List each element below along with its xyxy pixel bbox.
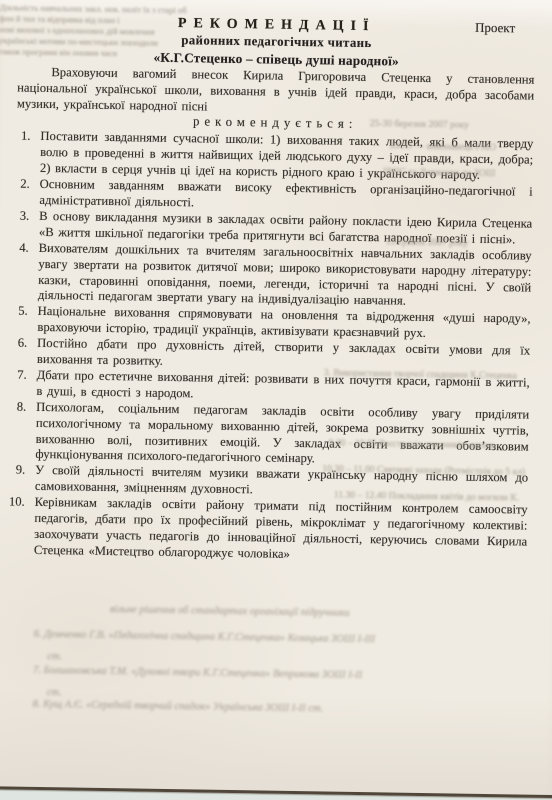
- item-number: 8.: [17, 399, 27, 415]
- scanned-document-page: Діяльність навчальних закл. нов. політ ї…: [0, 0, 552, 800]
- item-number: 1.: [21, 129, 31, 145]
- item-text: Психологам, соціальним педагогам закладі…: [35, 400, 529, 466]
- item-text: Вихователям дошкільних та вчителям загал…: [38, 241, 532, 308]
- item-text: Керівникам закладів освіти району тримат…: [34, 495, 528, 561]
- item-number: 7.: [17, 368, 27, 384]
- recommendation-item: 4. Вихователям дошкільних та вчителям за…: [14, 240, 532, 312]
- bleedthrough-fragment: вільне рішення об стандартах організації…: [110, 602, 350, 622]
- project-label: Проект: [475, 20, 515, 37]
- recommendation-item: 8. Психологам, соціальним педагогам закл…: [11, 399, 529, 471]
- recommendation-item: 10. Керівникам закладів освіти району тр…: [10, 495, 528, 567]
- recommendation-item: 1. Поставити завданнями сучасної школи: …: [16, 129, 534, 185]
- item-number: 5.: [18, 304, 28, 320]
- bleedthrough-fragment: 6. Демченко Г.В. «Педагогічна спадщина К…: [34, 627, 376, 648]
- item-number: 3.: [20, 208, 30, 224]
- intro-paragraph: Враховуючи вагомий внесок Кирила Григоро…: [17, 64, 535, 120]
- bleedthrough-fragment: ст.: [47, 685, 62, 701]
- bleedthrough-fragment: 8. Кущ А.Є. «Середній творчий спадок» Ук…: [32, 697, 323, 717]
- item-number: 10.: [9, 495, 25, 511]
- document-content: Діяльність навчальних закл. нов. політ ї…: [0, 0, 552, 793]
- item-number: 9.: [16, 463, 26, 479]
- item-text: В основу викладання музики в закладах ос…: [39, 209, 532, 246]
- item-number: 6.: [18, 336, 28, 352]
- recommendations-list: 1. Поставити завданнями сучасної школи: …: [10, 129, 534, 567]
- bleedthrough-fragment: ст.: [47, 649, 62, 665]
- item-number: 4.: [19, 240, 29, 256]
- item-text: Поставити завданнями сучасної школи: 1) …: [40, 129, 534, 182]
- bleedthrough-fragment: 7. Болшановська Т.М. «Духовні твори К.Г.…: [33, 663, 362, 684]
- item-number: 2.: [20, 177, 30, 193]
- paper-sheet: Діяльність навчальних закл. нов. політ ї…: [0, 0, 552, 798]
